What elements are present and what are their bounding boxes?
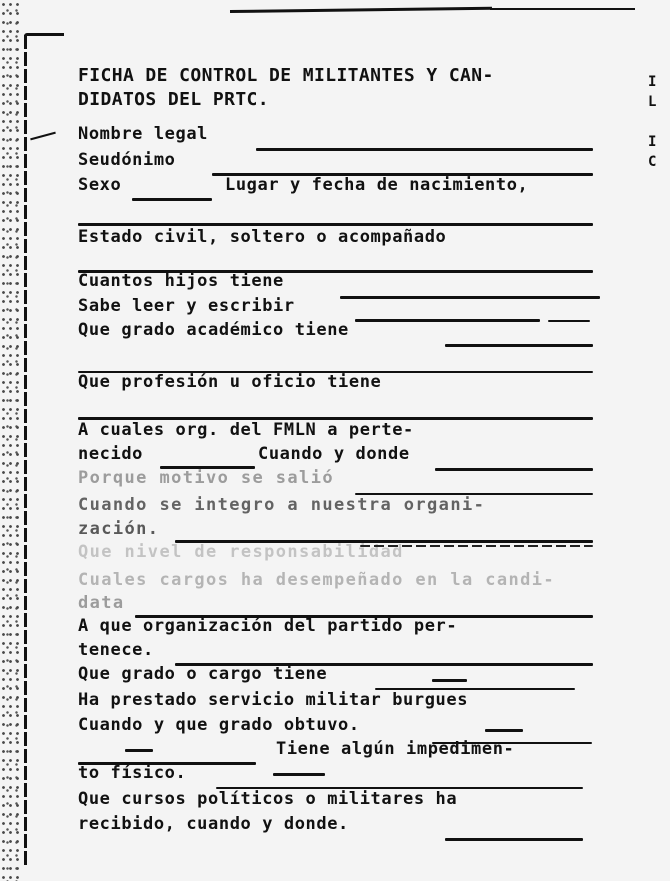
label-seudonimo: Seudónimo (78, 152, 176, 169)
label-impedimento-fisico: Tiene algún impedimen- (276, 741, 514, 758)
field-cursos[interactable] (445, 838, 583, 841)
label-org-partido: A que organización del partido per- (78, 618, 457, 635)
label-org-partido-cont: tenece. (78, 642, 154, 659)
label-cargos-candidata-cont: data (78, 595, 125, 612)
label-cursos: Que cursos políticos o militares ha (78, 791, 457, 808)
form-title-line-2: DIDATOS DEL PRTC. (78, 91, 269, 109)
field-nombre-legal[interactable] (256, 148, 593, 151)
label-cuando-integro: Cuando se integro a nuestra organi- (78, 497, 485, 514)
field-cuando-grado-obtuvo[interactable] (485, 729, 523, 732)
label-motivo-salida: Porque motivo se salió (78, 470, 334, 487)
label-nivel-responsabilidad: Que nivel de responsabilidad (78, 544, 404, 561)
field-sexo[interactable] (132, 198, 212, 201)
top-left-corner-border (24, 33, 64, 36)
scanned-form-page: I L I C FICHA DE CONTROL DE MILITANTES Y… (0, 0, 670, 881)
scan-margin-noise (0, 0, 22, 881)
label-lugar-fecha-nacimiento: Lugar y fecha de nacimiento, (225, 177, 528, 194)
field-nivel-responsabilidad[interactable] (360, 545, 593, 547)
label-cursos-cont: recibido, cuando y donde. (78, 816, 349, 833)
pen-mark (548, 320, 590, 322)
field-impedimento-fisico[interactable] (273, 773, 325, 776)
label-impedimento-fisico-cont: to físico. (78, 765, 186, 782)
left-margin-border (24, 35, 27, 865)
form-title-line-1: FICHA DE CONTROL DE MILITANTES Y CAN- (78, 67, 494, 85)
label-grado-cargo: Que grado o cargo tiene (78, 666, 327, 683)
label-estado-civil: Estado civil, soltero o acompañado (78, 229, 446, 246)
field-sabe-leer-escribir[interactable] (355, 319, 540, 322)
label-sabe-leer-escribir: Sabe leer y escribir (78, 298, 295, 315)
field-cuantos-hijos[interactable] (340, 296, 600, 299)
label-cargos-candidata: Cuales cargos ha desempeñado en la candi… (78, 572, 555, 589)
right-edge-marks: I L I C (648, 72, 656, 172)
label-grado-academico: Que grado académico tiene (78, 322, 349, 339)
label-cuando-grado-obtuvo: Cuando y que grado obtuvo. (78, 717, 360, 734)
field-cuando-donde[interactable] (435, 468, 593, 471)
label-cuantos-hijos: Cuantos hijos tiene (78, 273, 284, 290)
field-grado-cargo[interactable] (432, 679, 467, 682)
field-servicio-short[interactable] (125, 749, 153, 752)
top-border-line-right (490, 8, 635, 10)
label-servicio-militar: Ha prestado servicio militar burgues (78, 692, 468, 709)
label-org-fmln-cont: necido (78, 446, 143, 463)
label-profesion-oficio: Que profesión u oficio tiene (78, 374, 381, 391)
field-lugar-fecha-nacimiento[interactable] (78, 223, 593, 226)
top-border-line (230, 7, 492, 13)
label-cuando-donde: Cuando y donde (258, 446, 410, 463)
field-grado-academico[interactable] (445, 344, 593, 347)
label-cuando-integro-cont: zación. (78, 521, 159, 538)
label-nombre-legal: Nombre legal (78, 126, 208, 143)
margin-pen-stroke (30, 132, 56, 141)
label-sexo: Sexo (78, 177, 121, 194)
label-org-fmln: A cuales org. del FMLN a perte- (78, 422, 414, 439)
